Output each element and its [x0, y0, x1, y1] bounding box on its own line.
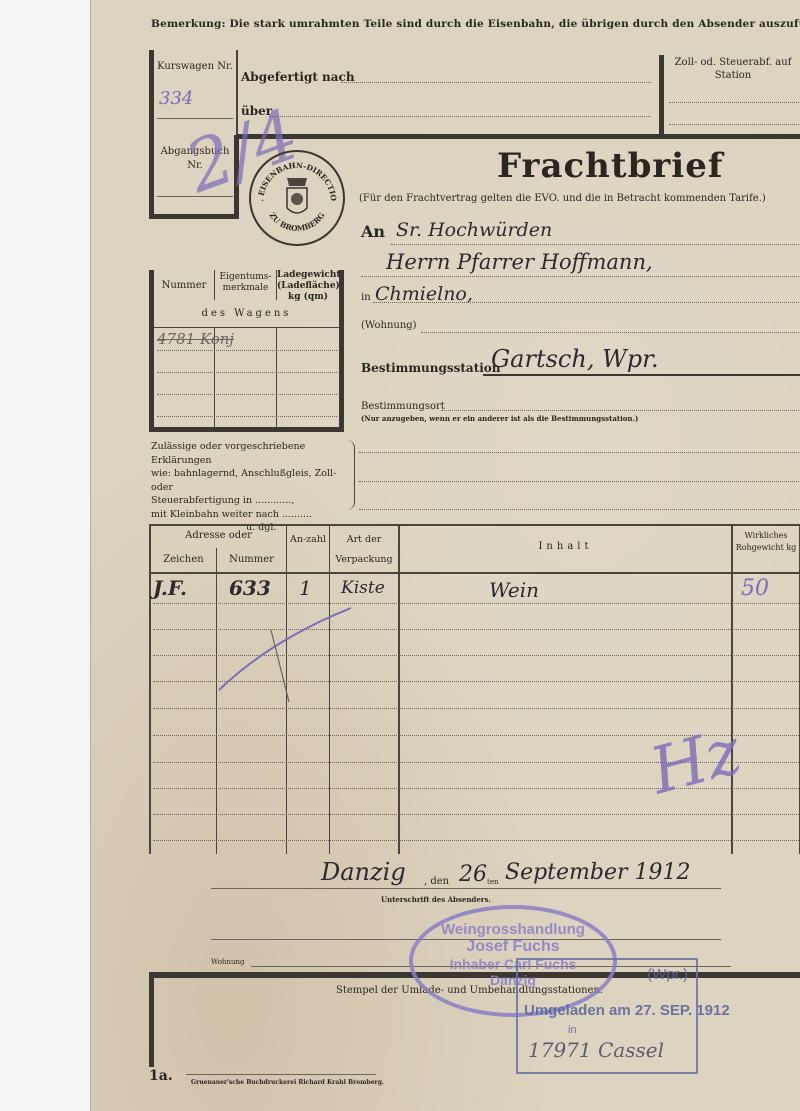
zoll-field-1[interactable] [669, 102, 800, 103]
transfer-box-stamp: (Wpr.) Umgeladen am 27. SEP. 1912 in 179… [516, 958, 698, 1074]
zoll-field-2[interactable] [669, 124, 800, 125]
declarations-field-1[interactable] [359, 452, 800, 453]
kurswagen-label: Kurswagen Nr. [155, 60, 235, 73]
header-adresse-oder: Adresse oder [151, 530, 286, 541]
wagon-row3 [157, 394, 337, 395]
wagon-border-right [339, 270, 344, 432]
signature-place[interactable]: Danzig [321, 858, 406, 886]
wagon-border-left [149, 270, 154, 432]
wagon-header-rule [154, 327, 339, 328]
header-anzahl: An-zahl [287, 530, 329, 550]
wagon-header-eigentum: Eigentums-merkmale [215, 272, 276, 294]
signature-caption: Unterschrift des Absenders. [381, 895, 491, 904]
wagon-row4 [157, 416, 337, 417]
goods-row-rule [153, 840, 799, 841]
violet-cross-mark-icon [211, 600, 391, 710]
header-gewicht: Wirkliches Rohgewicht kg [733, 530, 799, 554]
wagon-header-nummer: Nummer [154, 280, 214, 291]
box-border-mid [236, 134, 800, 139]
declarations-field-2[interactable] [359, 481, 800, 482]
wohnung-sender-label: Wohnung [211, 958, 244, 966]
box-border-left [149, 50, 154, 218]
wagon-header-ladegewicht: Ladegewicht (Ladefläche) kg (qm) [277, 270, 339, 303]
recipient-line2[interactable]: Herrn Pfarrer Hoffmann, [386, 250, 653, 274]
cell-nummer[interactable]: 633 [229, 576, 271, 600]
stamp-handwriting: 17971 Cassel [528, 1038, 664, 1062]
kurswagen-value[interactable]: 334 [159, 88, 193, 109]
goods-col-left [149, 524, 151, 854]
wagon-crossed-entry: 4781 Konj [157, 330, 234, 348]
document-paper: Bemerkung: Die stark umrahmten Teile sin… [90, 0, 800, 1111]
stamp-in: in [568, 1024, 577, 1036]
wohnung-label: (Wohnung) [361, 320, 417, 331]
remark-header: Bemerkung: Die stark umrahmten Teile sin… [151, 18, 800, 30]
declarations-brace [346, 440, 355, 510]
form-number: 1a. [149, 1068, 173, 1084]
header-nummer: Nummer [217, 554, 286, 565]
cell-anzahl[interactable]: 1 [299, 576, 312, 600]
wagon-border-bottom [149, 427, 344, 432]
page-title: Frachtbrief [497, 146, 723, 186]
signature-den: , den [424, 876, 449, 887]
wagon-row1 [157, 350, 337, 351]
zoll-divider [659, 55, 664, 137]
seal-text-icon: K. EISENBAHN-DIRECTION ZU BROMBERG [251, 152, 343, 244]
goods-header-border [149, 572, 800, 574]
cell-verpackung[interactable]: Kiste [341, 578, 385, 598]
in-label: in [361, 292, 371, 303]
signature-date[interactable]: September 1912 [505, 860, 691, 885]
box-border-bottom [149, 214, 237, 219]
footer-left-border [149, 972, 154, 1067]
recipient-line2-rule [361, 276, 800, 277]
cell-inhalt[interactable]: Wein [489, 578, 539, 602]
abgefertigt-label: Abgefertigt nach [241, 70, 355, 84]
bestimmungsort-field[interactable] [441, 410, 800, 411]
decl-line: wie: bahnlagernd, Anschlußgleis, Zoll- o… [151, 467, 351, 494]
title-subtitle: (Für den Frachtvertrag gelten die EVO. u… [359, 193, 766, 204]
stamp-date: Umgeladen am 27. SEP. 1912 [524, 1002, 730, 1019]
stamp-line: Josef Fuchs [413, 938, 613, 956]
header-verpackung: Art der Verpackung [330, 530, 398, 570]
goods-col-5 [731, 524, 733, 854]
cell-zeichen[interactable]: J.F. [153, 576, 187, 600]
ueber-field[interactable] [269, 116, 651, 117]
ueber-label: über [241, 104, 272, 118]
recipient-line1-rule [391, 244, 800, 245]
decl-line: mit Kleinbahn weiter nach .......... [151, 508, 351, 522]
header-inhalt: Inhalt [400, 541, 731, 552]
signature-rule [211, 888, 721, 889]
abgefertigt-field[interactable] [341, 82, 651, 83]
printer-credit: Gruenauer'sche Buchdruckerei Richard Kra… [191, 1079, 384, 1086]
city-rule [373, 302, 800, 303]
goods-col-4 [398, 524, 400, 854]
railway-seal: K. EISENBAHN-DIRECTION ZU BROMBERG [249, 150, 345, 246]
wagon-subheader: des Wagens [154, 308, 339, 319]
signature-day[interactable]: 26 [459, 862, 487, 887]
goods-row-rule [153, 814, 799, 815]
declarations-block: Zulässige oder vorgeschriebene Erklärung… [151, 440, 351, 535]
decl-line: Zulässige oder vorgeschriebene Erklärung… [151, 440, 351, 467]
an-label: An [361, 222, 385, 241]
stamp-region: (Wpr.) [647, 966, 688, 983]
bestimmungsort-note: (Nur anzugeben, wenn er ein anderer ist … [361, 414, 638, 423]
printer-rule [186, 1074, 376, 1075]
bestimmungsort-label: Bestimmungsort [361, 401, 445, 412]
goods-top-border [149, 524, 800, 526]
station-rule [483, 374, 800, 376]
zoll-label: Zoll- od. Steuerabf. auf Station [669, 56, 797, 82]
declarations-field-3[interactable] [359, 509, 800, 510]
cell-gewicht[interactable]: 50 [741, 576, 769, 601]
recipient-line1[interactable]: Sr. Hochwürden [396, 219, 552, 241]
stamp-line: Weingrosshandlung [413, 921, 613, 938]
header-zeichen: Zeichen [151, 554, 216, 565]
svg-text:ZU BROMBERG: ZU BROMBERG [268, 211, 327, 233]
wagon-div2 [276, 328, 277, 427]
wohnung-field[interactable] [421, 332, 800, 333]
station-label: Bestimmungsstation [361, 361, 501, 375]
decl-line: Steuerabfertigung in ............, [151, 494, 351, 508]
station-value[interactable]: Gartsch, Wpr. [491, 345, 659, 373]
signature-ten: ten [487, 878, 498, 886]
wagon-row2 [157, 372, 337, 373]
